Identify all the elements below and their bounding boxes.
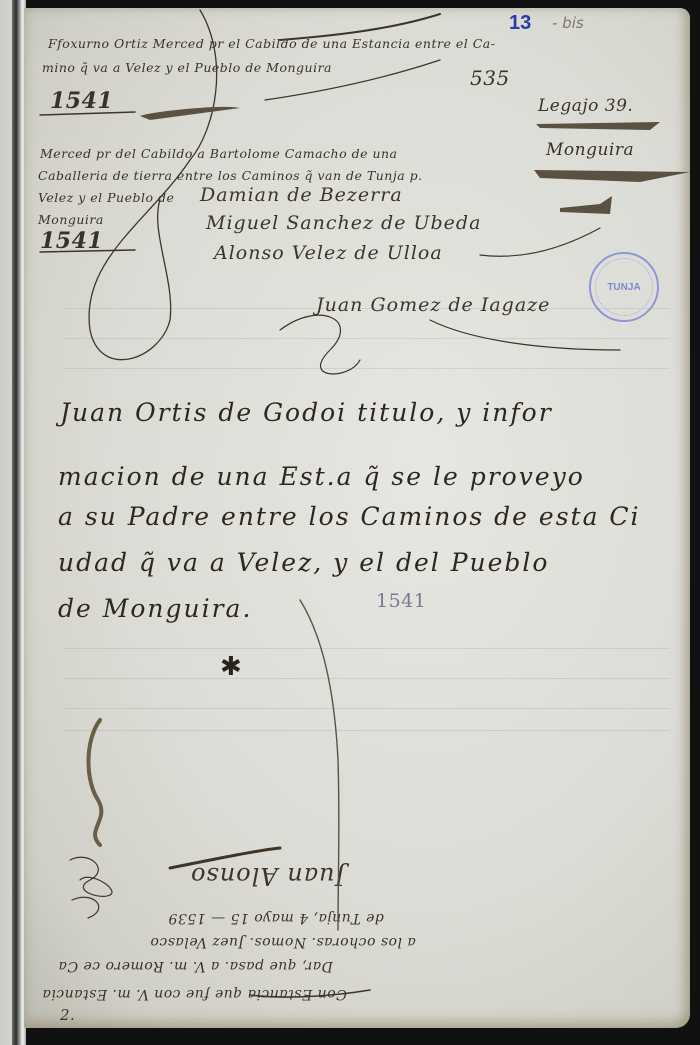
bleed-through-line [64,678,670,679]
bleed-through-line [64,368,670,369]
year-top: 1541 [50,88,113,114]
inverted-line-1: de Tunja, 4 mayo 15 — 1539 [168,910,384,926]
archive-stamp: TUNJA [589,252,659,322]
scan-background: Ffoxurno Ortiz Merced pr el Cabildo de u… [0,0,700,1045]
folio-pencil-note: - bis [552,14,584,32]
folio-number-stamp: 13 [509,12,531,35]
margin-mark: 535 [470,66,510,90]
bleed-through-line [64,338,670,339]
summary-year: 1541 [40,228,103,254]
header-line-2: mino q̃ va a Velez y el Pueblo de Mongui… [42,60,332,75]
inverted-line-4: Con Estancia que fue con V. m. Estancia [42,986,347,1002]
title-line-2: macion de una Est.a q̃ se le proveyo [58,462,585,491]
signature-3: Alonso Velez de Ulloa [214,242,443,264]
signature-1: Damian de Bezerra [200,184,403,206]
title-line-1: Juan Ortis de Godoi titulo, y infor [60,398,553,427]
title-line-4: udad q̃ va a Velez, y el del Pueblo [58,548,549,577]
archive-stamp-text: TUNJA [595,258,653,316]
inverted-line-2: a los ochoras. Nomos. Juez Velasco [150,934,416,950]
title-line-5: de Monguira. [58,594,252,623]
bleed-through-line [64,648,670,649]
legajo-label: Legajo 39. [538,96,633,116]
bleed-through-line [64,708,670,709]
place-label: Monguira [546,140,634,160]
summary-line-1: Merced pr del Cabildo a Bartolome Camach… [40,146,398,161]
summary-line-4: Monguira [38,212,104,227]
header-line-1: Ffoxurno Ortiz Merced pr el Cabildo de u… [48,36,495,51]
summary-line-3: Velez y el Pueblo de [38,190,174,205]
summary-line-2: Caballeria de tierra entre los Caminos q… [38,168,423,183]
inverted-line-3: Dar, que pasa. a V. m. Romero ce Ca [58,958,333,974]
signature-2: Miguel Sanchez de Ubeda [206,212,481,234]
title-line-3: a su Padre entre los Caminos de esta Ci [58,502,641,531]
lower-signature: Juan Alonso [190,862,345,890]
pencil-year: 1541 [376,590,426,612]
cross-symbol: ✱ [220,652,242,682]
signature-4: Juan Gomez de Iagaze [316,294,550,316]
page-mark: 2. [60,1006,75,1024]
bleed-through-line [64,730,670,731]
